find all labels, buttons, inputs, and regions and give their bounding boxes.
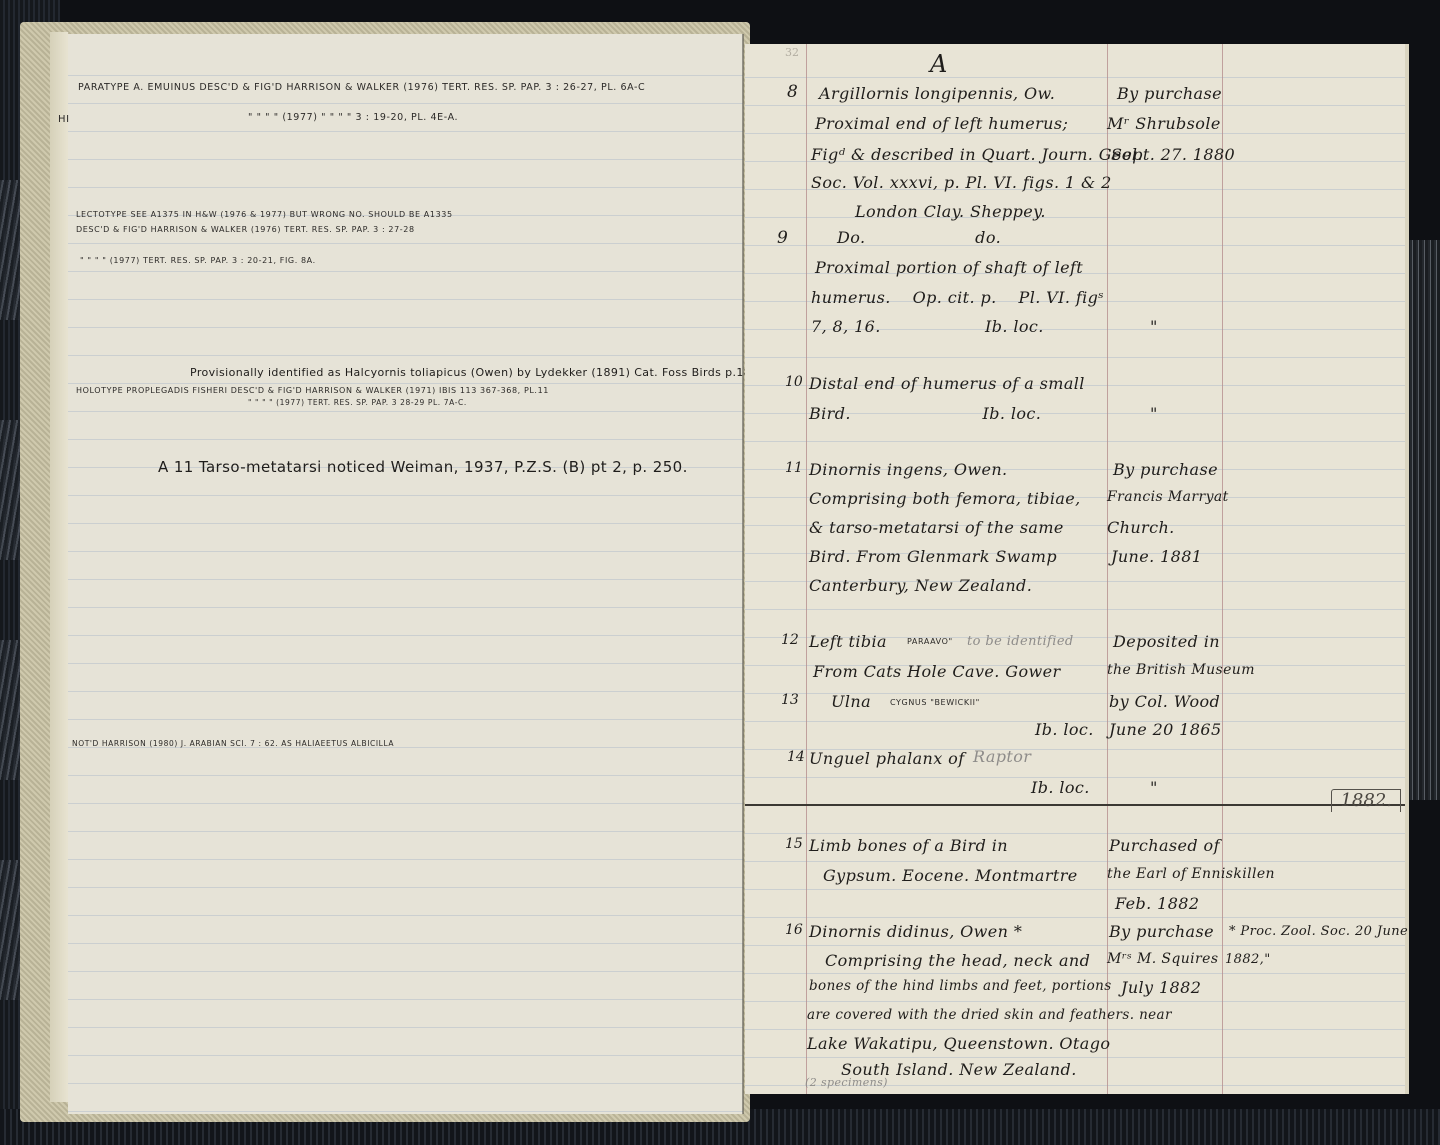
entry-number: 8 xyxy=(787,82,798,102)
book-cover-cloth-right xyxy=(1404,240,1440,800)
corner-page-number: 32 xyxy=(785,46,799,59)
entry-number: 11 xyxy=(785,460,803,476)
column-rule-source xyxy=(1107,44,1108,1094)
typed-note-paraavo: PARAAVO" xyxy=(907,637,953,646)
margin-mark: Hi xyxy=(58,114,70,125)
entry-number: 15 xyxy=(785,836,803,852)
entry-number: 13 xyxy=(781,692,799,708)
endpaper-fold xyxy=(50,32,69,1102)
remark-proc-zool-soc: * Proc. Zool. Soc. 20 June xyxy=(1229,924,1408,939)
left-page: Hi PARATYPE A. EMUINUS DESC'D & FIG'D HA… xyxy=(68,34,743,1114)
entry-number: 10 xyxy=(785,374,803,390)
entry-number: 16 xyxy=(785,922,803,938)
entry-number: 14 xyxy=(787,749,805,765)
entry-number: 12 xyxy=(781,632,799,648)
column-rule-remarks xyxy=(1222,44,1223,1094)
typed-note-cygnus: CYGNUS "BEWICKII" xyxy=(890,698,980,707)
page-letter: A xyxy=(930,50,947,78)
pencil-note: Raptor xyxy=(973,747,1031,766)
pencil-note: to be identified xyxy=(967,634,1074,649)
provisional-id-note: Provisionally identified as Halcyornis t… xyxy=(190,366,759,379)
not-harrison-note: NOT'D HARRISON (1980) J. ARABIAN SCI. 7 … xyxy=(72,739,394,748)
page-spine xyxy=(742,34,744,1114)
right-page: 1882. 32 A 8 Argillornis longipennis, Ow… xyxy=(745,44,1405,1094)
column-rule-number xyxy=(806,44,807,1094)
pencil-note-specimens: (2 specimens) xyxy=(805,1076,888,1089)
tarso-metatarsi-note: A 11 Tarso-metatarsi noticed Weiman, 193… xyxy=(158,458,688,476)
entry-number: 9 xyxy=(777,228,788,248)
year-divider-rule xyxy=(745,804,1405,806)
year-marker: 1882. xyxy=(1331,789,1401,812)
